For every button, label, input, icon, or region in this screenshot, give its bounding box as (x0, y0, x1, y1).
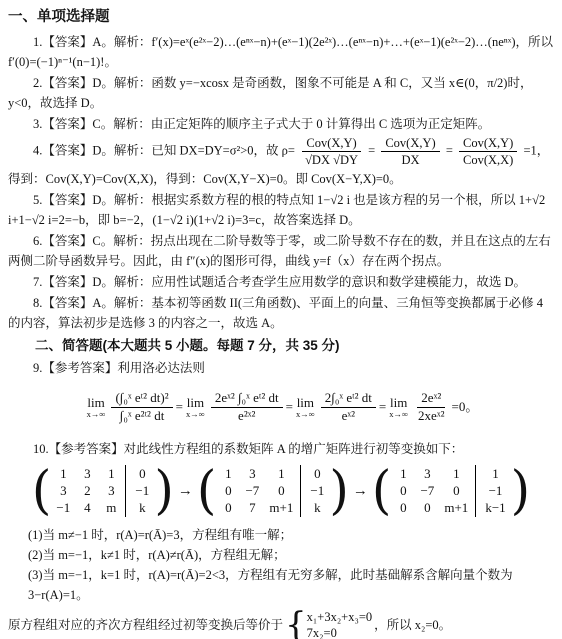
fraction-numerator: 2eˣ² (417, 390, 445, 408)
lim-text: lim (187, 396, 204, 410)
fraction: 2eˣ² ∫₀ˣ eᵗ² dte²ˣ² (211, 390, 283, 425)
matrix-cell: 0 (415, 499, 439, 516)
right-paren: ) (329, 466, 349, 516)
left-paren: ( (32, 466, 52, 516)
fraction-denominator: eˣ² (338, 408, 359, 425)
matrix-cell: 3 (240, 465, 264, 482)
matrix-cell: 1 (391, 465, 415, 482)
matrix-cell: −7 (240, 482, 264, 499)
lim-text: lim (390, 396, 407, 410)
answer-item-6: 6.【答案】C。解析：拐点出现在二阶导数等于零，或二阶导数不存在的数，并且在这点… (8, 231, 554, 271)
right-paren: ) (511, 466, 531, 516)
q10-final-pre: 原方程组对应的齐次方程组经过初等变换后等价于 (8, 615, 283, 635)
matrix-cell: 1 (51, 465, 75, 482)
matrix-cell: 1 (475, 465, 510, 482)
equals-sign: = (368, 144, 375, 158)
fraction-numerator: (∫₀ˣ eᵗ² dt)² (111, 390, 172, 408)
matrix-cell: 0 (264, 482, 298, 499)
matrix-cell: k (300, 499, 329, 516)
fraction-numerator: 2eˣ² ∫₀ˣ eᵗ² dt (211, 390, 283, 408)
matrix-cell: 1 (99, 465, 123, 482)
fraction-denominator: 2xeˣ² (414, 408, 448, 425)
lim-subscript: x→∞ (296, 410, 315, 419)
equals-sign: = (379, 397, 386, 418)
matrix-cell: 2 (75, 482, 99, 499)
q10-case-list: (1)当 m≠−1 时，r(A)=r(Ā)=3，方程组有唯一解； (2)当 m=… (8, 525, 554, 605)
matrix-cell: −7 (415, 482, 439, 499)
matrix-cell: 3 (75, 465, 99, 482)
answer-item-1: 1.【答案】A。解析：f′(x)=eˣ(e²ˣ−2)…(eⁿˣ−n)+(eˣ−1… (8, 32, 554, 72)
q10-matrix-transformations: ( 1310 323−1 −14mk ) → ( 1310 0−70−1 07m… (8, 465, 554, 516)
lim-text: lim (87, 396, 104, 410)
section1-heading: 一、单项选择题 (8, 6, 554, 29)
answer-item-4-head: 4.【答案】D。解析：已知 DX=DY=σ²>0，故 ρ= (33, 144, 295, 158)
arrow-icon: → (177, 479, 194, 503)
answer-item-5: 5.【答案】D。解析：根据实系数方程的根的特点知 1−√2 i 也是该方程的另一… (8, 190, 554, 230)
right-paren: ) (154, 466, 174, 516)
matrix-cell: m (99, 499, 123, 516)
augmented-matrix-1: ( 1310 323−1 −14mk ) (32, 465, 174, 516)
lim-subscript: x→∞ (389, 410, 408, 419)
document-page: 一、单项选择题 1.【答案】A。解析：f′(x)=eˣ(e²ˣ−2)…(eⁿˣ−… (0, 0, 562, 639)
matrix-cell: 1 (439, 465, 473, 482)
matrix-cell: −1 (300, 482, 329, 499)
matrix-cell: −1 (475, 482, 510, 499)
fraction: Cov(X,Y)√DX √DY (301, 135, 362, 169)
answer-item-2: 2.【答案】D。解析：函数 y=−xcosx 是奇函数，图象不可能是 A 和 C… (8, 73, 554, 113)
matrix-cell: 0 (300, 465, 329, 482)
answer-item-3: 3.【答案】C。解析：由正定矩阵的顺序主子式大于 0 计算得出 C 选项为正定矩… (8, 114, 554, 134)
fraction: Cov(X,Y)DX (381, 135, 439, 169)
lim-subscript: x→∞ (186, 410, 205, 419)
matrix-grid: 1311 0−70−1 00m+1k−1 (391, 465, 510, 516)
limit-operator: limx→∞ (296, 396, 315, 419)
q10-case-2: (2)当 m=−1，k≠1 时，r(A)≠r(Ā)，方程组无解； (8, 545, 554, 565)
fraction-numerator: Cov(X,Y) (381, 135, 439, 152)
answer-item-4: 4.【答案】D。解析：已知 DX=DY=σ²>0，故 ρ= Cov(X,Y)√D… (8, 135, 554, 189)
matrix-grid: 1310 0−70−1 07m+1k (216, 465, 329, 516)
equals-sign: = (176, 397, 183, 418)
limit-operator: limx→∞ (389, 396, 408, 419)
system-equation-1: x₁+3x₂+x₃=0 (307, 609, 372, 626)
fraction-denominator: √DX √DY (301, 152, 362, 168)
system-equation-2: 7x₂=0 (307, 625, 337, 639)
fraction: (∫₀ˣ eᵗ² dt)²∫₀ˣ e²ᵗ² dt (111, 390, 172, 425)
q9-limit-formula: limx→∞ (∫₀ˣ eᵗ² dt)²∫₀ˣ e²ᵗ² dt = limx→∞… (8, 390, 554, 425)
arrow-icon: → (352, 479, 369, 503)
matrix-grid: 1310 323−1 −14mk (51, 465, 154, 516)
limit-operator: limx→∞ (186, 396, 205, 419)
augmented-matrix-3: ( 1311 0−70−1 00m+1k−1 ) (372, 465, 530, 516)
limit-operator: limx→∞ (87, 396, 106, 419)
matrix-cell: 1 (264, 465, 298, 482)
matrix-cell: 0 (125, 465, 154, 482)
q10-case-3: (3)当 m=−1，k=1 时，r(A)=r(Ā)=2<3，方程组有无穷多解，此… (8, 565, 554, 605)
system-equations: x₁+3x₂+x₃=0 7x₂=0 (307, 609, 372, 639)
answer-item-8: 8.【答案】A。解析：基本初等函数 II(三角函数)、平面上的向量、三角恒等变换… (8, 293, 554, 333)
left-brace: { (285, 609, 307, 639)
fraction-denominator: Cov(X,X) (459, 152, 517, 168)
fraction-numerator: Cov(X,Y) (302, 135, 360, 152)
matrix-cell: m+1 (264, 499, 298, 516)
fraction-denominator: e²ˣ² (234, 408, 259, 425)
equation-system: { x₁+3x₂+x₃=0 7x₂=0 (285, 609, 372, 639)
matrix-cell: 0 (216, 499, 240, 516)
fraction: 2∫₀ˣ eᵗ² dteˣ² (321, 390, 376, 425)
lim-text: lim (297, 396, 314, 410)
left-paren: ( (372, 466, 392, 516)
matrix-cell: 3 (415, 465, 439, 482)
equals-sign: = (286, 397, 293, 418)
matrix-cell: 3 (99, 482, 123, 499)
left-paren: ( (197, 466, 217, 516)
matrix-cell: 0 (391, 482, 415, 499)
augmented-matrix-2: ( 1310 0−70−1 07m+1k ) (197, 465, 349, 516)
matrix-cell: 0 (216, 482, 240, 499)
section2-heading: 二、简答题(本大题共 5 小题。每题 7 分，共 35 分) (8, 335, 554, 357)
matrix-cell: 7 (240, 499, 264, 516)
fraction-numerator: 2∫₀ˣ eᵗ² dt (321, 390, 376, 408)
matrix-cell: 3 (51, 482, 75, 499)
matrix-cell: 1 (216, 465, 240, 482)
fraction-denominator: ∫₀ˣ e²ᵗ² dt (116, 408, 169, 425)
matrix-cell: k−1 (475, 499, 510, 516)
q10-case-1: (1)当 m≠−1 时，r(A)=r(Ā)=3，方程组有唯一解； (8, 525, 554, 545)
fraction: 2eˣ²2xeˣ² (414, 390, 448, 425)
fraction: Cov(X,Y)Cov(X,X) (459, 135, 517, 169)
lim-subscript: x→∞ (87, 410, 106, 419)
equals-sign: = (446, 144, 453, 158)
q10-head: 10.【参考答案】对此线性方程组的系数矩阵 A 的增广矩阵进行初等变换如下： (8, 439, 554, 459)
matrix-cell: m+1 (439, 499, 473, 516)
matrix-cell: −1 (125, 482, 154, 499)
matrix-cell: 0 (439, 482, 473, 499)
q9-head: 9.【参考答案】利用洛必达法则 (8, 358, 554, 378)
fraction-numerator: Cov(X,Y) (459, 135, 517, 152)
matrix-cell: −1 (51, 499, 75, 516)
matrix-cell: k (125, 499, 154, 516)
matrix-cell: 0 (391, 499, 415, 516)
fraction-denominator: DX (397, 152, 423, 168)
q9-result: =0。 (451, 397, 478, 418)
answer-item-7: 7.【答案】D。解析：应用性试题适合考查学生应用数学的意识和数学建模能力，故选 … (8, 272, 554, 292)
q10-final-line: 原方程组对应的齐次方程组经过初等变换后等价于 { x₁+3x₂+x₃=0 7x₂… (8, 609, 554, 639)
q10-final-post: ，所以 x₂=0。 (374, 615, 451, 635)
matrix-cell: 4 (75, 499, 99, 516)
